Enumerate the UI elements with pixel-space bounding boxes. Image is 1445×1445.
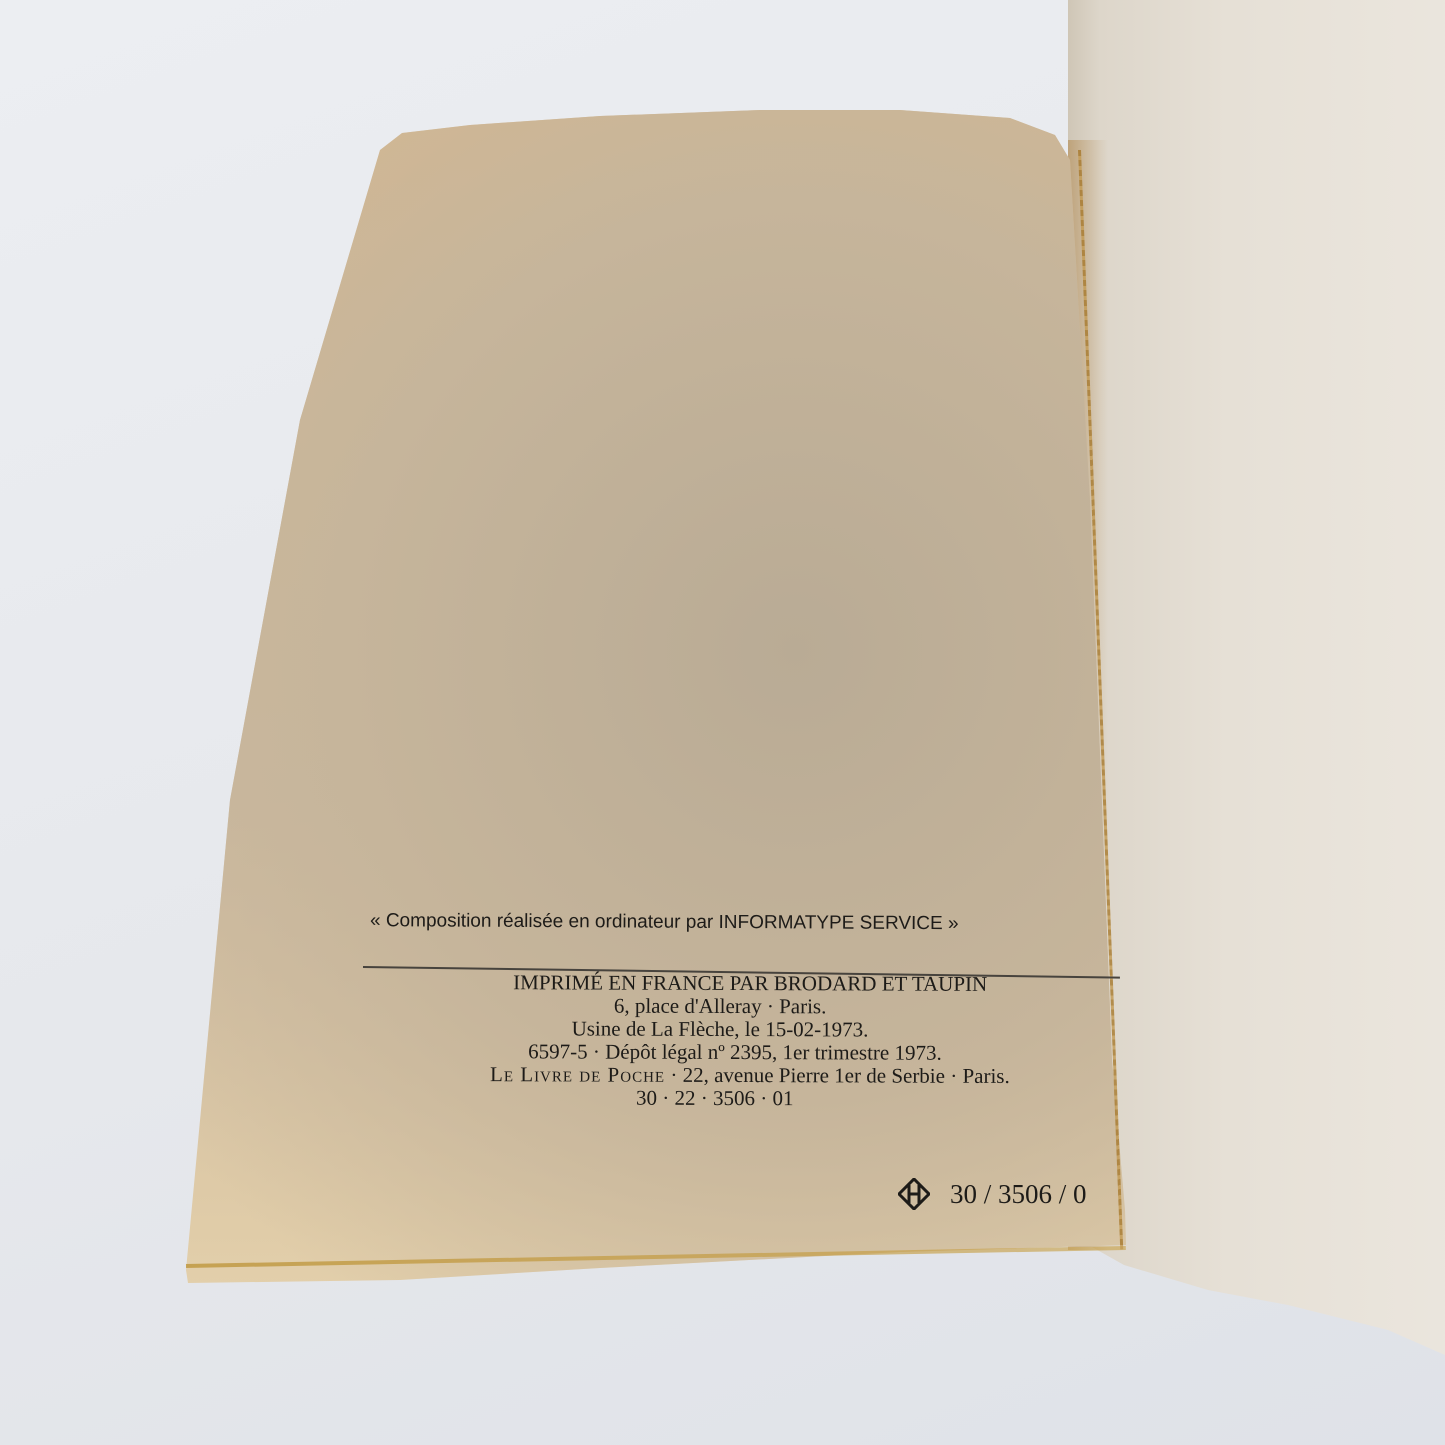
printer-plant-date: Usine de La Flèche, le 15-02-1973.: [360, 1017, 1080, 1043]
hachette-logo-icon: [898, 1178, 930, 1210]
publisher-name: Le Livre de Poche: [490, 1062, 665, 1087]
publisher-separator: ·: [665, 1063, 683, 1087]
printer-line: IMPRIMÉ EN FRANCE PAR BRODARD ET TAUPIN: [420, 971, 1080, 996]
publisher-address: 22, avenue Pierre 1er de Serbie · Paris.: [683, 1063, 1010, 1088]
printer-address: 6, place d'Alleray · Paris.: [360, 994, 1080, 1020]
photo-scene: « Composition réalisée en ordinateur par…: [0, 0, 1445, 1445]
publisher-line: Le Livre de Poche · 22, avenue Pierre 1e…: [420, 1063, 1080, 1088]
edition-code: 30 · 22 · 3506 · 01: [350, 1086, 1080, 1112]
catalog-code-row: 30 / 3506 / 0: [898, 1178, 1087, 1210]
catalog-code: 30 / 3506 / 0: [950, 1179, 1087, 1210]
printer-block: IMPRIMÉ EN FRANCE PAR BRODARD ET TAUPIN …: [380, 971, 1080, 1111]
composition-credit: « Composition réalisée en ordinateur par…: [370, 910, 1090, 936]
